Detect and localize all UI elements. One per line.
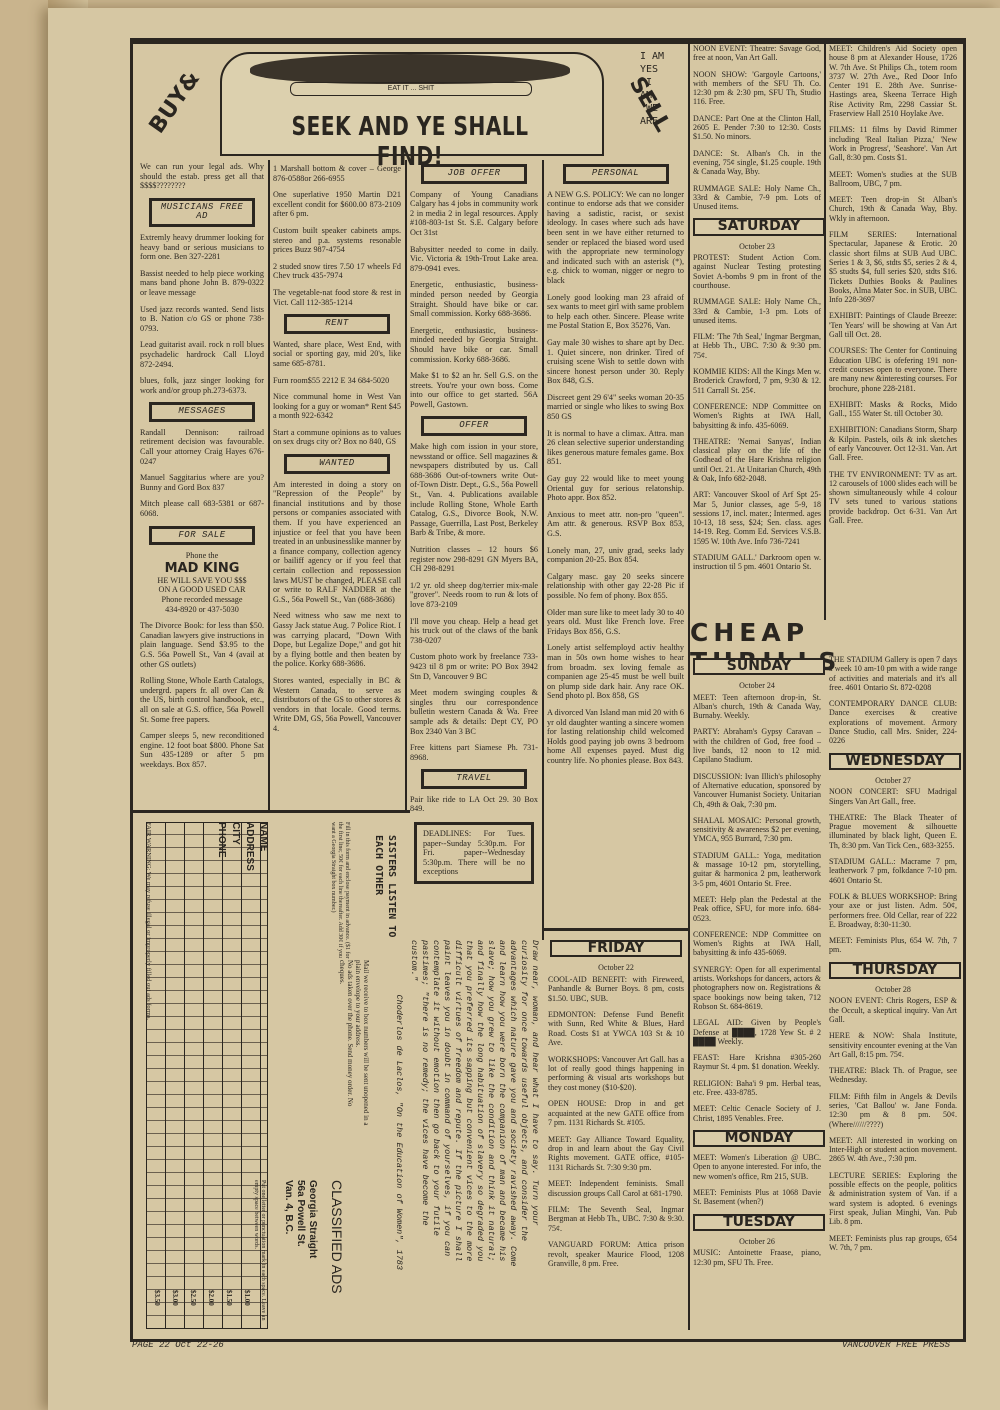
ad-item: The Divorce Book: for less than $50. Can… — [140, 621, 264, 669]
job-offer-header: JOB OFFER — [421, 164, 527, 184]
event-item: SHALAL MOSAIC: Personal growth, sensitiv… — [693, 816, 821, 844]
column-3: JOB OFFER Company of Young Canadians Cal… — [410, 164, 538, 892]
section-rule — [542, 928, 688, 931]
event-item: MEET: Teen drop-in St Alban's Church, 19… — [829, 195, 957, 223]
form-fields: NAME ADDRESS CITY PHONE — [214, 822, 270, 982]
ad-item: Used jazz records wanted. Send lists to … — [140, 305, 264, 334]
event-item: MEET: Teen afternoon drop-in, St. Alban'… — [693, 693, 821, 721]
event-item: THEATRE: Black Th. of Prague, see Wednes… — [829, 1066, 957, 1085]
form-field-name[interactable]: NAME — [256, 822, 270, 982]
ad-item: I'll move you cheap. Help a head get his… — [410, 617, 538, 646]
ad-item: Furn room$55 2212 E 34 684-5020 — [273, 376, 401, 386]
ad-item: Bassist needed to help piece working man… — [140, 269, 264, 298]
event-item: MEET: Feminists Plus at 1068 Davie St. B… — [693, 1188, 821, 1207]
event-item: STADIUM GALL.' Darkroom open w. instruct… — [693, 553, 821, 572]
ad-item: Gay male 30 wishes to share apt by Dec. … — [547, 338, 684, 386]
event-item: EDMONTON: Defense Fund Benefit with Sunn… — [548, 1010, 684, 1048]
ad-item: Lonely man, 27, univ grad, seeks lady co… — [547, 546, 684, 565]
form-field-phone[interactable]: PHONE — [214, 822, 228, 982]
event-item: THE TV ENVIRONMENT: TV as art. 12 carous… — [829, 470, 957, 526]
ad-item: 1/2 yr. old sheep dog/terrier mix-male "… — [410, 581, 538, 610]
column-2: 1 Marshall bottom & cover – George 876-0… — [273, 164, 401, 741]
thursday-date: October 28 — [829, 985, 957, 994]
event-item: THEATRE: 'Nemai Sanyas', Indian classica… — [693, 437, 821, 483]
event-item: FILM: Fifth film in Angels & Devils seri… — [829, 1092, 957, 1129]
event-item: OPEN HOUSE: Drop in and get acquainted a… — [548, 1099, 684, 1127]
ad-item: Lead guitarist avail. rock n roll blues … — [140, 340, 264, 369]
ad-item: Meet modern swinging couples & singles t… — [410, 688, 538, 736]
banner-ribbon: EAT IT ... SHIT — [290, 82, 532, 96]
event-item: THE STADIUM Gallery is open 7 days a wee… — [829, 655, 957, 692]
offer-header: OFFER — [421, 416, 527, 436]
sunday-heading: SUNDAY — [693, 658, 825, 675]
classified-ads-heading: CLASSIFIED ADS — [329, 1180, 345, 1330]
banner: EAT IT ... SHIT BUY& SEEK AND YE SHALL F… — [130, 40, 690, 158]
musicians-header: MUSICIANS FREE AD — [149, 198, 255, 227]
price-label: $1.50 — [224, 1290, 234, 1306]
ad-item: Lonely artist selfemployd activ healthy … — [547, 643, 684, 701]
fill-in-note: Fill in this form and enclose payment in… — [329, 822, 350, 962]
eagle-icon — [250, 54, 570, 84]
wednesday-heading: WEDNESDAY — [829, 753, 961, 770]
ad-item: Randall Dennison: railroad retirement de… — [140, 428, 264, 466]
ad-item: Extremly heavy drummer looking for heavy… — [140, 233, 264, 262]
ad-item: Manuel Saggitarius where are you? Bunny … — [140, 473, 264, 492]
personal-header: PERSONAL — [563, 164, 669, 184]
address-line: Van. 4, B.C. — [282, 1180, 294, 1330]
event-item: ART: Vancouver Skool of Arf Spt 25-Mar 5… — [693, 490, 821, 546]
event-item: MEET: Independent feminists. Small discu… — [548, 1179, 684, 1198]
form-instructions: Fill in this form and enclose payment in… — [329, 822, 350, 962]
page-footer-right: VANCOUVER FREE PRESS — [842, 1340, 950, 1350]
sisters-heading: SISTERS LISTEN TO EACH OTHER — [372, 835, 398, 955]
buy-label: BUY& — [145, 67, 205, 138]
event-item: CONTEMPORARY DANCE CLUB: Dance exercises… — [829, 699, 957, 745]
event-item: RUMMAGE SALE: Holy Name Ch., 33rd & Camb… — [693, 184, 821, 212]
event-item: MEET: Children's Aid Society open house … — [829, 44, 957, 118]
column-5-sunday: SUNDAY October 24 MEET: Teen afternoon d… — [693, 652, 821, 1274]
event-item: NOON SHOW: 'Gargoyle Cartoons,' with mem… — [693, 70, 821, 107]
ad-item: Custom built speaker cabinets amps. ster… — [273, 226, 401, 255]
ad-item: Nice communal home in West Van looking f… — [273, 392, 401, 421]
sunday-date: October 24 — [693, 681, 821, 690]
forsale-header: FOR SALE — [149, 526, 255, 546]
event-item: FILM: The Seventh Seal, Ingmar Bergman a… — [548, 1205, 684, 1233]
ad-item: It is normal to have a climax. Attra. ma… — [547, 429, 684, 467]
event-item: DANCE: Part One at the Clinton Hall, 260… — [693, 114, 821, 142]
mad-king-line: ON A GOOD USED CAR — [140, 585, 264, 595]
column-rule — [688, 40, 690, 1330]
ad-item: Mitch please call 683-5381 or 687-6068. — [140, 499, 264, 518]
event-item: MEET: Women's Liberation @ UBC. Open to … — [693, 1153, 821, 1181]
event-item: DISCUSSION: Ivan Illich's philosophy of … — [693, 772, 821, 809]
thursday-heading: THURSDAY — [829, 962, 961, 979]
column-rule — [542, 160, 544, 940]
ad-item: Need witness who saw me next to Gassy Ja… — [273, 611, 401, 669]
rent-header: RENT — [284, 314, 390, 334]
ad-item: Company of Young Canadians Calgary has 4… — [410, 190, 538, 238]
mad-king-line: Phone recorded message — [140, 595, 264, 605]
column-rule — [405, 160, 407, 810]
event-item: FILMS: 11 films by David Rimmer includin… — [829, 125, 957, 162]
ad-item: Energetic, enthusiastic, business-minded… — [410, 326, 538, 364]
messages-header: MESSAGES — [149, 402, 255, 422]
event-item: RELIGION: Baha'i 9 pm. Herbal teas, etc.… — [693, 1079, 821, 1098]
mailing-address: Georgia Straight 56a Powell St. Van. 4, … — [282, 1180, 318, 1330]
mad-king-line: HE WILL SAVE YOU $$$ — [140, 576, 264, 586]
form-field-address[interactable]: ADDRESS — [242, 822, 256, 982]
saturday-date: October 23 — [693, 242, 821, 251]
ad-item: Energetic, enthusiastic, business-minded… — [410, 280, 538, 318]
ad-item: A divorced Van Island man mid 20 with 6 … — [547, 708, 684, 766]
mad-king-line: 434-8920 or 437-5030 — [140, 605, 264, 615]
no-phone-note: No ads taken over the phone. Send money … — [338, 960, 354, 1130]
ad-item: 1 Marshall bottom & cover – George 876-0… — [273, 164, 401, 183]
address-line: Georgia Straight — [306, 1180, 318, 1330]
ad-item: Make high com ission in your store, news… — [410, 442, 538, 538]
event-item: MUSIC: Antoinette Fraase, piano, 12:30 p… — [693, 1248, 821, 1267]
ad-item: Wanted, share place, West End, with soci… — [273, 340, 401, 369]
ad-item: Camper sleeps 5, new reconditioned engin… — [140, 731, 264, 769]
price-label: $3.00 — [170, 1290, 180, 1306]
quote-text: Draw near, woman, and hear what I have t… — [408, 940, 540, 1270]
event-item: PROTEST: Student Action Com. against Nuc… — [693, 253, 821, 290]
event-item: COURSES: The Center for Continuing Educa… — [829, 346, 957, 392]
event-item: EXHIBITION: Canadians Storm, Sharp & Kil… — [829, 425, 957, 462]
tuesday-date: October 26 — [693, 1237, 821, 1246]
ad-item: Nutrition classes – 12 hours $6 register… — [410, 545, 538, 574]
event-item: THEATRE: The Black Theater of Prague mov… — [829, 813, 957, 850]
event-item: MEET: Feminists Plus, 654 W. 7th, 7 pm. — [829, 936, 957, 955]
form-mail-notes: Mail we receive to box numbers will be s… — [338, 960, 370, 1130]
ad-item: Pair like ride to LA Oct 29. 30 Box 849. — [410, 795, 538, 814]
column-4: PERSONAL A NEW G.S. POLICY: We can no lo… — [547, 164, 684, 772]
event-item: WORKSHOPS: Vancouver Art Gall. has a lot… — [548, 1055, 684, 1093]
event-item: RUMMAGE SALE: Holy Name Ch., 33rd & Camb… — [693, 297, 821, 325]
event-item: HERE & NOW: Shala Institute, sensitivity… — [829, 1031, 957, 1059]
monday-heading: MONDAY — [693, 1130, 825, 1147]
event-item: NOON EVENT: Theatre: Savage God, free at… — [693, 44, 821, 63]
page-footer-left: PAGE 22 Oct 22-26 — [132, 1340, 224, 1350]
event-item: MEET: All interested in working on Inter… — [829, 1136, 957, 1164]
mad-king-ad: Phone the MAD KING HE WILL SAVE YOU $$$ … — [140, 551, 264, 614]
event-item: NOON EVENT: Chris Rogers, ESP & the Occu… — [829, 996, 957, 1024]
event-item: STADIUM GALL.: Macrame 7 pm, leatherwork… — [829, 857, 957, 885]
event-item: NOON CONCERT: SFU Madrigal Singers Van A… — [829, 787, 957, 806]
event-item: SYNERGY: Open for all experimental artis… — [693, 965, 821, 1011]
ad-item: Make $1 to $2 an hr. Sell G.S. on the st… — [410, 371, 538, 409]
ad-item: Free kittens part Siamese Ph. 731-8968. — [410, 743, 538, 762]
event-item: PARTY: Abraham's Gypsy Caravan – with th… — [693, 727, 821, 764]
laclos-quote: Draw near, woman, and hear what I have t… — [393, 940, 540, 1270]
column-rule — [824, 40, 826, 620]
event-item: EXHIBIT: Paintings of Claude Breeze: 'Te… — [829, 311, 957, 339]
friday-date: October 22 — [548, 963, 684, 972]
column-1: We can run your legal ads. Why should th… — [140, 162, 264, 777]
event-item: CONFERENCE: NDP Committee on Women's Rig… — [693, 402, 821, 430]
ad-item: A NEW G.S. POLICY: We can no longer cont… — [547, 190, 684, 286]
tuesday-heading: TUESDAY — [693, 1214, 825, 1231]
price-label: $3.50 — [152, 1290, 162, 1306]
price-label: $2.00 — [206, 1290, 216, 1306]
event-item: EXHIBIT: Masks & Rocks, Mido Gall., 155 … — [829, 400, 957, 419]
ad-item: One superlative 1950 Martin D21 excellen… — [273, 190, 401, 219]
mad-king-name: MAD KING — [140, 561, 264, 576]
ad-item: Custom photo work by freelance 733-9423 … — [410, 652, 538, 681]
address-line: 56a Powell St. — [294, 1180, 306, 1330]
event-item: LECTURE SERIES: Exploring the possible e… — [829, 1171, 957, 1227]
event-item: VANGUARD FORUM: Attica prison revolt, sp… — [548, 1240, 684, 1268]
ad-item: Stores wanted, especially in BC & Wester… — [273, 676, 401, 734]
wanted-header: WANTED — [284, 454, 390, 474]
friday-section: FRIDAY October 22 COOL-AID BENEFIT: with… — [548, 934, 684, 1275]
event-item: MEET: Feminists plus rap groups, 654 W. … — [829, 1234, 957, 1253]
ad-item: Am interested in doing a story on "Repre… — [273, 480, 401, 605]
ad-item: Start a commune opinions as to values on… — [273, 428, 401, 447]
saturday-heading: SATURDAY — [693, 218, 825, 235]
event-item: MEET: Women's studies at the SUB Ballroo… — [829, 170, 957, 189]
form-field-city[interactable]: CITY — [228, 822, 242, 982]
event-item: FOLK & BLUES WORKSHOP: Bring your axe or… — [829, 892, 957, 929]
event-item: STADIUM GALL.: Yoga, meditation & massag… — [693, 851, 821, 888]
price-label: $2.50 — [188, 1290, 198, 1306]
handwritten-scribble: I AM YES I AM WE ARE — [640, 50, 664, 128]
ad-item: blues, folk, jazz singer looking for wor… — [140, 376, 264, 395]
ad-item: The vegetable-nat food store & rest in V… — [273, 288, 401, 307]
event-item: LEGAL AID: Given by People's Defense at … — [693, 1018, 821, 1046]
mad-king-line: Phone the — [140, 551, 264, 561]
deadlines-box: DEADLINES: For Tues. paper--Sunday 5:30p… — [414, 822, 534, 884]
event-item: MEET: Gay Alliance Toward Equality, drop… — [548, 1135, 684, 1173]
event-item: MEET: Celtic Cenacle Society of J. Chris… — [693, 1104, 821, 1123]
ad-item: Calgary masc. gay 20 seeks sincere relat… — [547, 572, 684, 601]
ad-item: Babysitter needed to come in daily. Vic.… — [410, 245, 538, 274]
event-item: MEET: Help plan the Pedestal at the Peak… — [693, 895, 821, 923]
event-item: DANCE: St. Alban's Ch. in the evening, 7… — [693, 149, 821, 177]
ad-item: Anxious to meet attr. non-pro "queen". A… — [547, 510, 684, 539]
section-rule — [132, 810, 410, 813]
event-item: KOMMIE KIDS: All the Kings Men w. Broder… — [693, 367, 821, 395]
friday-heading: FRIDAY — [550, 940, 682, 957]
fair-warning: FAIR WARNING: We may refuse illegal or i… — [144, 822, 152, 1322]
event-item: COOL-AID BENEFIT: with Fireweed, Panhand… — [548, 975, 684, 1003]
travel-header: TRAVEL — [421, 769, 527, 789]
spacing-instructions: Put one letter or punctuation mark in ea… — [252, 1180, 266, 1330]
event-item: FEAST: Hare Krishna #305-260 Raymur St. … — [693, 1053, 821, 1072]
price-label: $1.00 — [242, 1290, 252, 1306]
ad-item: Lonely good looking man 23 afraid of sex… — [547, 293, 684, 331]
ad-item: Rolling Stone, Whole Earth Catalogs, und… — [140, 676, 264, 724]
column-6: MEET: Children's Aid Society open house … — [829, 44, 957, 532]
banner-title: SEEK AND YE SHALL FIND! — [270, 112, 551, 172]
mail-note: Mail we receive to box numbers will be s… — [354, 960, 370, 1130]
column-6-lower: THE STADIUM Gallery is open 7 days a wee… — [829, 655, 957, 1259]
event-item: FILM SERIES: International Spectacular, … — [829, 230, 957, 304]
ad-item: Gay guy 22 would like to meet young Orie… — [547, 474, 684, 503]
intro-text: We can run your legal ads. Why should th… — [140, 162, 264, 191]
ad-item: Older man sure like to meet lady 30 to 4… — [547, 608, 684, 637]
event-item: CONFERENCE: NDP Committee on Women's Rig… — [693, 930, 821, 958]
column-5: NOON EVENT: Theatre: Savage God, free at… — [693, 44, 821, 579]
column-rule — [268, 160, 270, 810]
ad-item: 2 studed snow tires 7.50 17 wheels Fd Ch… — [273, 262, 401, 281]
quote-attribution: Choderlos de Laclos, "On the Education o… — [393, 940, 404, 1270]
ad-item: Discreet gent 29 6'4" seeks woman 20-35 … — [547, 393, 684, 422]
wednesday-date: October 27 — [829, 776, 957, 785]
event-item: FILM: 'The 7th Seal,' Ingmar Bergman, at… — [693, 332, 821, 360]
